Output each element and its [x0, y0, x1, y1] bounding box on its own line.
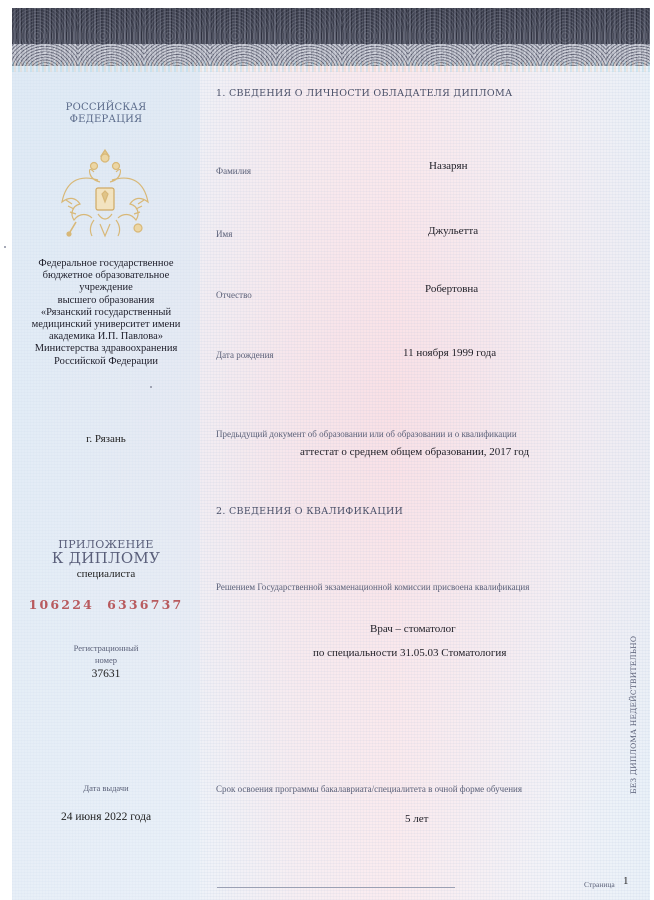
registration-label: Регистрационный номер [12, 642, 200, 666]
scan-speck [150, 386, 152, 388]
russian-coat-of-arms-icon [58, 144, 152, 244]
bottom-rule [217, 887, 455, 888]
registration-label-line-1: Регистрационный [12, 642, 200, 654]
field-value-patronymic: Робертовна [425, 283, 478, 295]
field-value-name: Джульетта [428, 225, 478, 237]
organization-name: Федеральное государственное бюджетное об… [12, 258, 200, 368]
document-type-line-3: специалиста [12, 568, 200, 580]
country-line-2: ФЕДЕРАЦИЯ [12, 114, 200, 126]
country-line-1: РОССИЙСКАЯ [12, 102, 200, 114]
serial-number: 106224 6336737 [12, 597, 200, 612]
document-type-line-2: К ДИПЛОМУ [12, 549, 200, 567]
org-line: медицинский университет имени [12, 319, 200, 331]
page-label: Страница [584, 880, 615, 889]
scan-speck [4, 246, 6, 248]
serial-number-value: 106224 6336737 [29, 597, 184, 612]
org-line: высшего образования [12, 295, 200, 307]
issue-date-value: 24 июня 2022 года [12, 811, 200, 823]
org-line: академика И.П. Павлова» [12, 331, 200, 343]
specialty-value: по специальности 31.05.03 Стоматология [313, 647, 506, 659]
org-line: бюджетное образовательное [12, 270, 200, 282]
qualification-label: Решением Государственной экзаменационной… [216, 582, 529, 592]
registration-label-line-2: номер [12, 654, 200, 666]
org-line: Российской Федерации [12, 356, 200, 368]
security-wave-line [12, 62, 650, 72]
issue-date-label: Дата выдачи [12, 783, 200, 793]
field-label-patronymic: Отчество [216, 290, 252, 300]
country-title: РОССИЙСКАЯ ФЕДЕРАЦИЯ [12, 102, 200, 126]
vertical-validity-note: БЕЗ ДИПЛОМА НЕДЕЙСТВИТЕЛЬНО [629, 636, 638, 794]
field-label-birthdate: Дата рождения [216, 350, 274, 360]
field-value-birthdate: 11 ноября 1999 года [403, 347, 496, 359]
page-number: 1 [623, 875, 629, 887]
org-line: Федеральное государственное [12, 258, 200, 270]
field-value-surname: Назарян [429, 160, 468, 172]
section-1-heading: 1. СВЕДЕНИЯ О ЛИЧНОСТИ ОБЛАДАТЕЛЯ ДИПЛОМ… [216, 88, 512, 99]
guilloche-security-band [12, 8, 650, 66]
duration-value: 5 лет [405, 813, 428, 825]
section-2-heading: 2. СВЕДЕНИЯ О КВАЛИФИКАЦИИ [216, 506, 403, 517]
org-line: учреждение [12, 282, 200, 294]
qualification-value: Врач – стоматолог [370, 623, 456, 635]
duration-label: Срок освоения программы бакалавриата/спе… [216, 784, 522, 794]
field-label-name: Имя [216, 229, 232, 239]
registration-number: 37631 [12, 668, 200, 680]
city: г. Рязань [12, 433, 200, 445]
org-line: «Рязанский государственный [12, 307, 200, 319]
previous-document-value: аттестат о среднем общем образовании, 20… [300, 446, 529, 458]
field-label-surname: Фамилия [216, 166, 251, 176]
org-line: Министерства здравоохранения [12, 343, 200, 355]
previous-document-label: Предыдущий документ об образовании или о… [216, 429, 517, 439]
